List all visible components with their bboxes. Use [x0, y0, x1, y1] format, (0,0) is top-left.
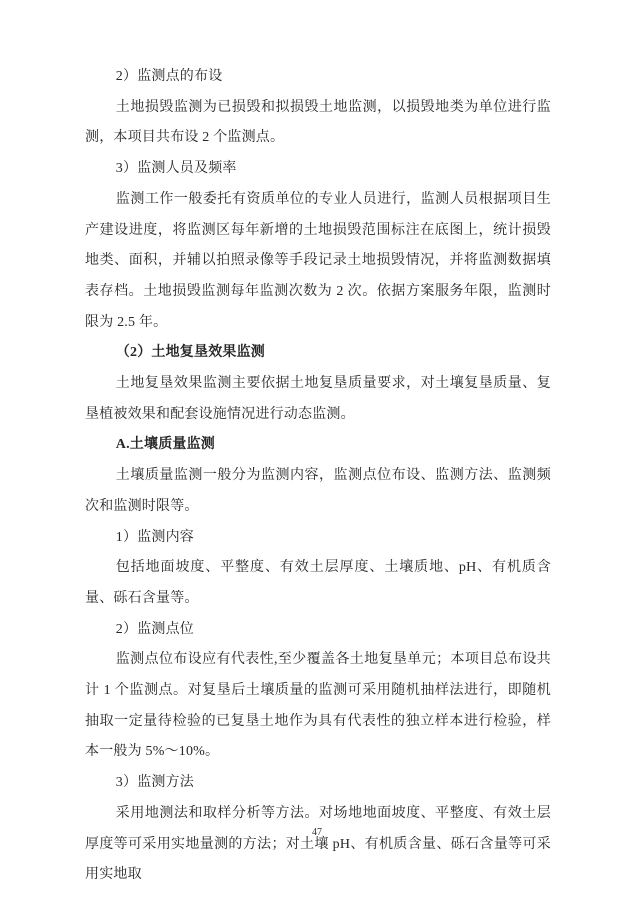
document-page: 2）监测点的布设 土地损毁监测为已损毁和拟损毁土地监测，以损毁地类为单位进行监测… — [0, 0, 634, 897]
heading-soil-quality-monitoring: A.土壤质量监测 — [85, 430, 551, 461]
document-body: 2）监测点的布设 土地损毁监测为已损毁和拟损毁土地监测，以损毁地类为单位进行监测… — [85, 62, 551, 891]
page-number: 47 — [0, 827, 634, 838]
paragraph-soil-quality-monitoring-overview: 土壤质量监测一般分为监测内容，监测点位布设、监测方法、监测频次和监测时限等。 — [85, 461, 551, 522]
paragraph-monitoring-work-details: 监测工作一般委托有资质单位的专业人员进行，监测人员根据项目生产建设进度，将监测区… — [85, 185, 551, 339]
paragraph-land-damage-monitoring: 土地损毁监测为已损毁和拟损毁土地监测，以损毁地类为单位进行监测，本项目共布设 2… — [85, 93, 551, 154]
subheading-monitoring-content: 1）监测内容 — [85, 523, 551, 554]
subheading-monitoring-method: 3）监测方法 — [85, 768, 551, 799]
subheading-monitoring-points: 2）监测点位 — [85, 615, 551, 646]
paragraph-reclamation-effect-basis: 土地复垦效果监测主要依据土地复垦质量要求，对土壤复垦质量、复垦植被效果和配套设施… — [85, 369, 551, 430]
paragraph-monitoring-method-details: 采用地测法和取样分析等方法。对场地地面坡度、平整度、有效土层厚度等可采用实地量测… — [85, 799, 551, 891]
paragraph-monitoring-content-items: 包括地面坡度、平整度、有效土层厚度、土壤质地、pH、有机质含量、砾石含量等。 — [85, 553, 551, 614]
heading-land-reclamation-effect-monitoring: （2）土地复垦效果监测 — [85, 338, 551, 369]
subheading-monitoring-personnel-frequency: 3）监测人员及频率 — [85, 154, 551, 185]
paragraph-monitoring-points-details: 监测点位布设应有代表性,至少覆盖各土地复垦单元；本项目总布设共计 1 个监测点。… — [85, 645, 551, 768]
subheading-monitoring-point-layout: 2）监测点的布设 — [85, 62, 551, 93]
